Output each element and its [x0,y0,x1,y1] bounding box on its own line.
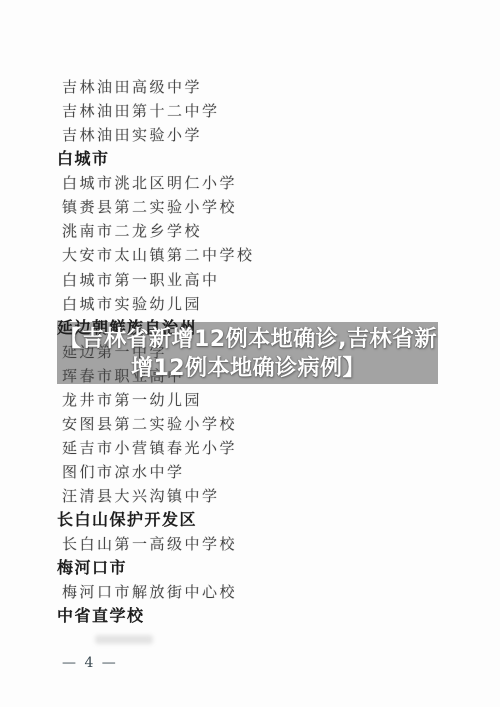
faint-smudge [95,635,153,644]
section-heading: 长白山保护开发区 [0,508,500,532]
page-number: — 4 — [62,655,118,671]
list-item: 图们市凉水中学 [0,460,500,484]
list-item: 龙井市第一幼儿园 [0,388,500,412]
list-item: 吉林油田实验小学 [0,123,500,147]
list-item: 白城市洮北区明仁小学 [0,171,500,195]
list-item: 洮南市二龙乡学校 [0,219,500,243]
list-item: 梅河口市解放街中心校 [0,580,500,604]
watermark-headline-line2: 增12例本地确诊病例】 [58,355,438,384]
document-page: 吉林油田高级中学 吉林油田第十二中学 吉林油田实验小学 白城市 白城市洮北区明仁… [0,0,500,707]
section-heading: 白城市 [0,147,500,171]
list-item: 汪清县大兴沟镇中学 [0,484,500,508]
list-item: 长白山第一高级中学校 [0,532,500,556]
list-item: 安图县第二实验小学校 [0,412,500,436]
list-item: 镇赉县第二实验小学校 [0,195,500,219]
list-item: 白城市实验幼儿园 [0,292,500,316]
list-item: 白城市第一职业高中 [0,268,500,292]
list-item: 延吉市小营镇春光小学 [0,436,500,460]
watermark-headline: 【吉林省新增12例本地确诊,吉林省新 增12例本地确诊病例】 [58,326,438,383]
section-heading: 中省直学校 [0,604,500,628]
list-item: 吉林油田高级中学 [0,75,500,99]
list-item: 吉林油田第十二中学 [0,99,500,123]
watermark-headline-line1: 【吉林省新增12例本地确诊,吉林省新 [58,326,438,355]
list-item: 大安市太山镇第二中学校 [0,243,500,267]
section-heading: 梅河口市 [0,556,500,580]
